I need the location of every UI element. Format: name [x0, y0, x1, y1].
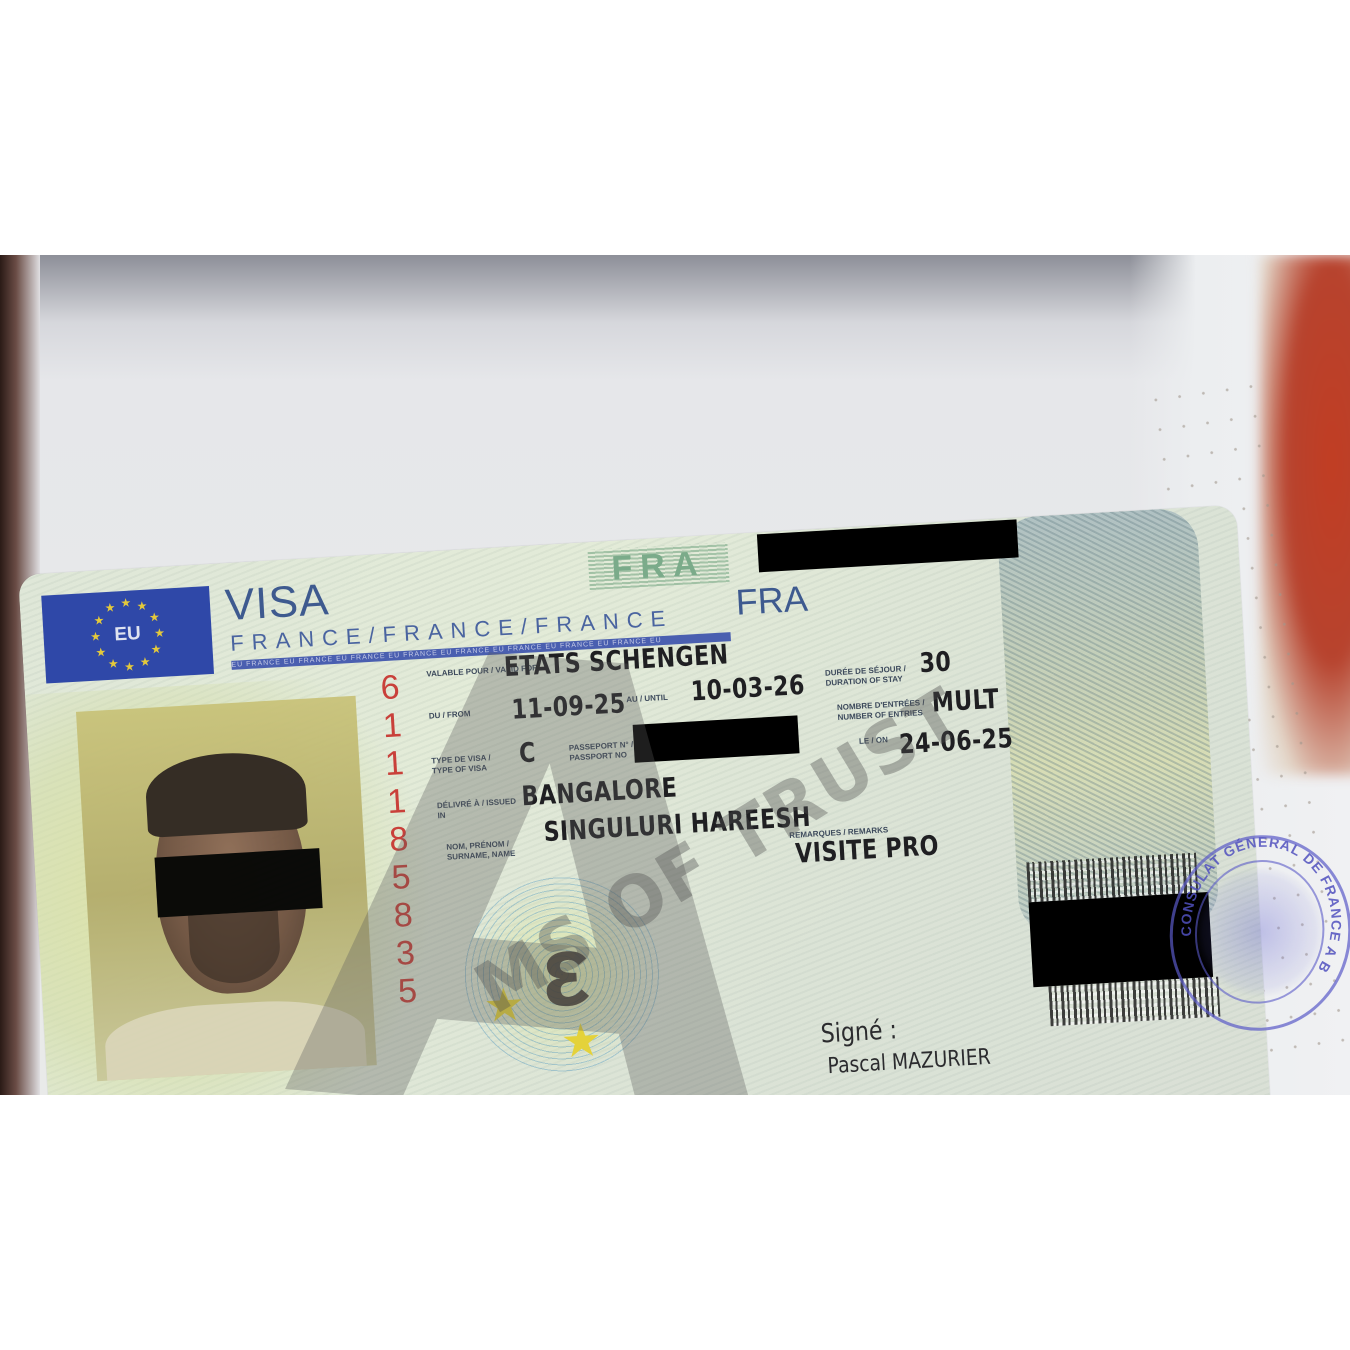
label-surname-name: NOM, PRÉNOM / SURNAME, NAME [446, 838, 537, 863]
visa-sticker: EU ★★★★★★★★★★★★ VISA FRA FRANCE/FRANCE/F… [18, 505, 1281, 1095]
serial-digit: 1 [384, 744, 405, 783]
label-duration: DURÉE DE SÉJOUR / DURATION OF STAY [825, 663, 926, 689]
document-photo: EU ★★★★★★★★★★★★ VISA FRA FRANCE/FRANCE/F… [0, 255, 1350, 1095]
eu-star-icon: ★ [123, 660, 136, 673]
holder-portrait [76, 696, 377, 1082]
eu-star-icon: ★ [148, 611, 161, 624]
signatory-name: Pascal MAZURIER [827, 1045, 991, 1079]
value-issued-in: BANGALORE [521, 772, 678, 812]
serial-digit: 3 [395, 934, 416, 973]
eu-star-icon: ★ [136, 600, 149, 613]
serial-digit: 8 [388, 820, 409, 859]
label-issued-in: DÉLIVRÉ À / ISSUED IN [437, 797, 518, 822]
eu-star-icon: ★ [139, 655, 152, 668]
eu-star-icon: ★ [153, 627, 166, 640]
fra-security-stamp: FRA [588, 542, 730, 590]
serial-digit: 5 [397, 972, 418, 1011]
label-until: AU / UNTIL [626, 692, 686, 705]
country-code: FRA [735, 578, 809, 624]
eu-star-icon: ★ [93, 614, 106, 627]
signature-label: Signé : [820, 1015, 898, 1049]
redaction-bar [757, 519, 1019, 572]
eu-star-icon: ★ [95, 646, 108, 659]
eu-star-icon: ★ [150, 643, 163, 656]
passport-number-redaction [633, 715, 800, 762]
stamp-text-ring: CONSULAT GÉNÉRAL DE FRANCE A BANGALORE [1158, 824, 1350, 1042]
eu-star-icon: ★ [89, 630, 102, 643]
svg-text:CONSULAT GÉNÉRAL DE FRANCE A B: CONSULAT GÉNÉRAL DE FRANCE A BANGALORE [1163, 824, 1350, 977]
serial-digit: 8 [393, 896, 414, 935]
portrait-hair [144, 749, 308, 838]
value-from: 11-09-25 [511, 688, 627, 726]
eu-star-icon: ★ [104, 602, 117, 615]
serial-digit: 1 [382, 706, 403, 745]
value-type-of-visa: C [518, 738, 536, 770]
eu-star-ring: EU ★★★★★★★★★★★★ [85, 593, 169, 677]
serial-digit: 1 [386, 782, 407, 821]
label-passport-no: PASSEPORT N° / PASSPORT No [569, 740, 640, 764]
serial-digit: 5 [390, 858, 411, 897]
serial-digit: 6 [380, 668, 401, 707]
label-type-of-visa: TYPE DE VISA / TYPE OF VISA [431, 752, 512, 777]
eu-star-icon: ★ [107, 657, 120, 670]
eye-redaction-bar [154, 848, 322, 917]
eu-star-icon: ★ [119, 597, 132, 610]
visa-title: VISA [224, 575, 331, 631]
eu-flag-icon: EU ★★★★★★★★★★★★ [41, 586, 214, 684]
value-until: 10-03-26 [690, 670, 806, 708]
